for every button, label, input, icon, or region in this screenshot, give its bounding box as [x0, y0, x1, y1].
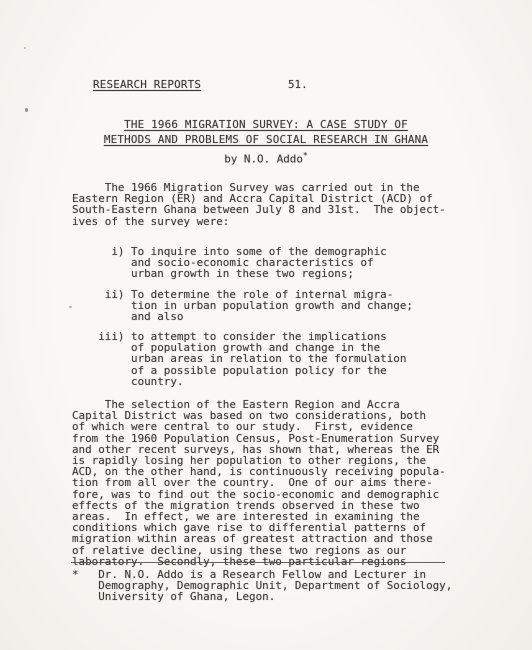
running-header-title: RESEARCH REPORTS — [93, 78, 201, 91]
scan-speck — [24, 47, 26, 49]
objective-item-iii: iii) to attempt to consider the implicat… — [72, 331, 406, 387]
body-paragraph: The selection of the Eastern Region and … — [72, 399, 446, 567]
scanned-page: RESEARCH REPORTS 51. THE 1966 MIGRATION … — [0, 0, 532, 650]
byline: by N.O. Addo* — [36, 151, 496, 166]
byline-text: by N.O. Addo — [224, 153, 303, 166]
footnote-marker: * — [303, 151, 308, 160]
page-number: 51. — [288, 78, 308, 91]
objective-item-i: i) To inquire into some of the demograph… — [72, 246, 387, 280]
intro-paragraph: The 1966 Migration Survey was carried ou… — [72, 182, 446, 227]
article-title-line1: THE 1966 MIGRATION SURVEY: A CASE STUDY … — [124, 118, 408, 131]
footnote: * Dr. N.O. Addo is a Research Fellow and… — [72, 569, 452, 603]
footnote-divider — [71, 562, 445, 563]
article-title-line2: METHODS AND PROBLEMS OF SOCIAL RESEARCH … — [104, 133, 428, 146]
scan-speck — [25, 108, 28, 112]
article-title: THE 1966 MIGRATION SURVEY: A CASE STUDY … — [36, 117, 496, 147]
objective-item-ii: ii) To determine the role of internal mi… — [72, 289, 413, 323]
